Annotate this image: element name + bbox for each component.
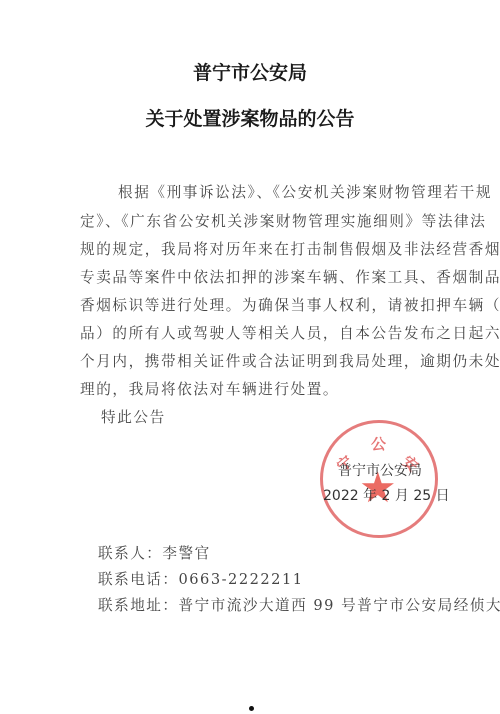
body-line-6: 品）的所有人或驾驶人等相关人员，自本公告发布之日起六 (80, 322, 440, 343)
contact-phone: 联系电话：0663-2222211 (98, 568, 304, 589)
contact-address: 联系地址：普宁市流沙大道西 99 号普宁市公安局经侦大队 (98, 594, 500, 615)
contact-person: 联系人：李警官 (98, 542, 211, 563)
issuer-title: 普宁市公安局 (0, 58, 500, 85)
body-line-2: 定》、《广东省公安机关涉案财物管理实施细则》等法律法 (80, 210, 440, 231)
body-line-4: 专卖品等案件中依法扣押的涉案车辆、作案工具、香烟制品、 (80, 266, 440, 287)
page-dot (249, 706, 254, 711)
signature-org: 普宁市公安局 (338, 460, 422, 480)
closing-text: 特此公告 (101, 406, 461, 427)
signature-date: 2022 年 2 月 25 日 (323, 485, 450, 505)
body-line-3: 规的规定，我局将对历年来在打击制售假烟及非法经营香烟 (80, 238, 440, 259)
body-line-1: 根据《刑事诉讼法》、《公安机关涉案财物管理若干规 (118, 181, 478, 202)
notice-title: 关于处置涉案物品的公告 (0, 104, 500, 131)
body-line-8: 理的，我局将依法对车辆进行处置。 (80, 378, 440, 399)
body-line-5: 香烟标识等进行处理。为确保当事人权利，请被扣押车辆（物 (80, 294, 440, 315)
body-line-7: 个月内，携带相关证件或合法证明到我局处理，逾期仍未处 (80, 350, 440, 371)
seal-char: 公 (371, 433, 386, 454)
